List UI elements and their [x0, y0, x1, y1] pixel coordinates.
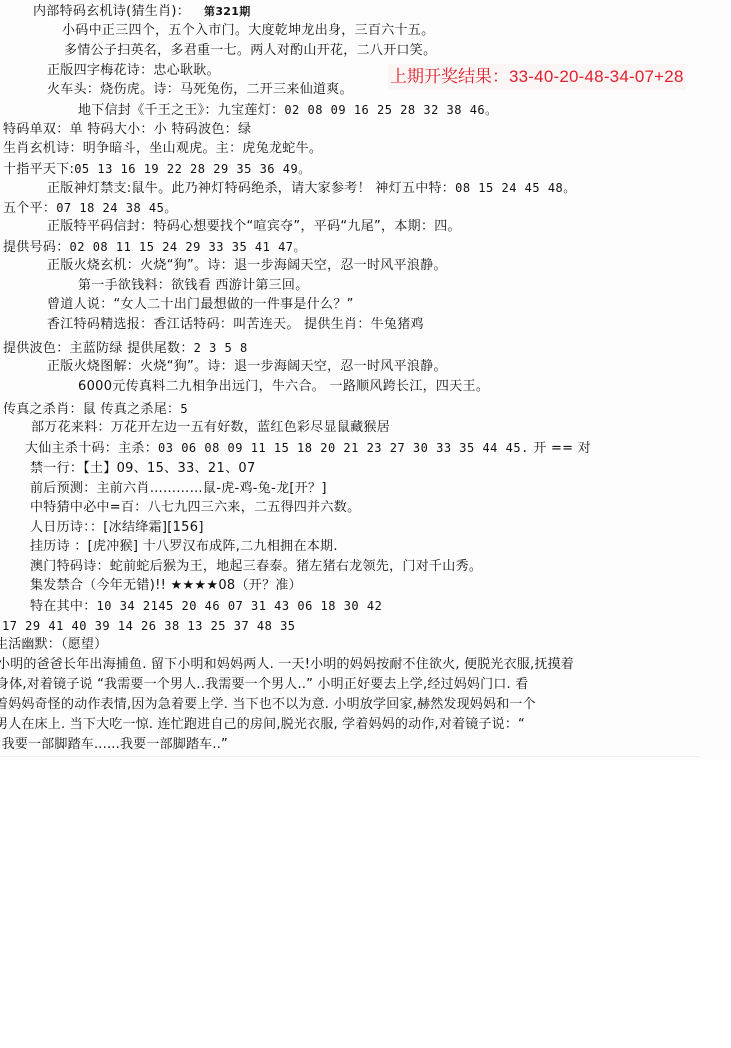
special-code-attributes-line: 特码单双：单 特码大小：小 特码波色：绿 [3, 122, 251, 140]
line-numbers: 02 08 09 16 25 28 32 38 46。 [284, 103, 497, 117]
humor-paragraph-line-5: ;我要一部脚踏车......我要一部脚踏车..” [0, 737, 228, 753]
humor-paragraph-line-2: 身体,对着镜子说 “我需要一个男人..我需要一个男人..” 小明正好要去上学,经… [0, 677, 528, 693]
zeng-daoren-line: 曾道人说：“女人二十出门最想做的一件事是什么？” [47, 297, 354, 315]
line-numbers: 08 15 24 45 48。 [455, 181, 576, 195]
poem-line-1: 小码中正三四个，五个入市门。大度乾坤龙出身，三百六十五。 [62, 23, 434, 41]
underground-envelope-line: 地下信封《千王之王》：九宝莲灯：02 08 09 16 25 28 32 38 … [78, 102, 498, 120]
humor-title: 生活幽默：（愿望） [0, 637, 107, 653]
page-title: 内部特码玄机诗(猜生肖)： [33, 4, 190, 19]
collection-line: 集发禁合（今年无错)!! ★★★★08（开？准） [30, 578, 302, 596]
last-draw-result: 上期开奖结果：33-40-20-48-34-07+28 [388, 64, 686, 90]
five-flat-line: 五个平：07 18 24 38 45。 [3, 200, 177, 218]
humor-paragraph-line-4: 男人在床上. 当下大吃一惊. 连忙跑进自己的房间,脱光衣服, 学着妈妈的动作,对… [0, 717, 525, 733]
immortal-kill-line: 大仙主杀十码：主杀：03 06 08 09 11 15 18 20 21 23 … [25, 440, 591, 458]
numbers-continuation-line: 17 29 41 40 39 14 26 38 13 25 37 48 35 [2, 618, 296, 636]
flat-code-envelope-line: 正版特平码信封：特码心想要找个“喧宾夺”，平码“九尾”，本期：四。 [47, 219, 461, 237]
line-label: 十指平天下: [3, 162, 74, 177]
issue-number: 第321期 [204, 5, 250, 18]
zodiac-poem-line: 生肖玄机诗：明争暗斗，坐山观虎。主：虎兔龙蛇牛。 [3, 141, 322, 159]
line-numbers: 5 [180, 402, 188, 416]
lottery-hint-document: 内部特码玄机诗(猜生肖)：第321期 小码中正三四个，五个入市门。大度乾坤龙出身… [0, 0, 731, 760]
flower-material-line: 部万花来料：万花开左边一五有好数，蓝红色彩尽显鼠藏猴居 [31, 420, 390, 438]
line-numbers: 2 3 5 8 [194, 341, 248, 355]
line-numbers: 05 13 16 19 22 28 29 35 36 49。 [74, 162, 311, 176]
hanging-calendar-line: 挂历诗 ：[虎冲猴] 十八罗汉布成阵,二九相拥在本期. [30, 539, 338, 557]
line-label: 大仙主杀十码：主杀： [25, 441, 158, 456]
line-label: 提供波色：主蓝防绿 提供尾数： [3, 341, 194, 356]
fax-kill-line: 传真之杀肖：鼠 传真之杀尾：5 [3, 401, 188, 419]
prediction-line: 前后预测：主前六肖…………鼠-虎-鸡-兔-龙[开？] [30, 481, 327, 499]
ten-fingers-line: 十指平天下:05 13 16 19 22 28 29 35 36 49。 [3, 161, 311, 179]
macau-poem-line: 澳门特码诗：蛇前蛇后猴为王，地起三春泰。猪左猪右龙领先，门对千山秀。 [30, 559, 482, 577]
hongkong-select-line: 香江特码精选报：香江话特码：叫苦连天。 提供生肖：牛兔猪鸡 [47, 317, 424, 335]
line-suffix: 开 == 对 [529, 441, 591, 456]
page-title-line: 内部特码玄机诗(猜生肖)：第321期 [33, 4, 251, 22]
line-label: 五个平： [3, 201, 56, 216]
guess-line: 中特猜中必中=百：八七九四三六来，二五得四并六数。 [30, 500, 360, 518]
fire-diagram-line: 正版火烧图解：火烧“狗”。诗：退一步海阔天空，忍一时风平浪静。 [47, 359, 447, 377]
line-label: 特在其中： [30, 599, 97, 614]
first-hand-line: 第一手欲钱料：欲钱看 西游计第三回。 [78, 278, 309, 296]
last-draw-label: 上期开奖结果： [390, 67, 509, 86]
bottom-divider [0, 756, 700, 757]
magic-lamp-line: 正版神灯禁支:鼠牛。此乃神灯特码绝杀，请大家参考！ 神灯五中特：08 15 24… [47, 180, 576, 198]
line-label: 地下信封《千王之王》：九宝莲灯： [78, 103, 284, 118]
humor-paragraph-line-3: 着妈妈奇怪的动作表情,因为急着要上学. 当下也不以为意. 小明放学回家,赫然发现… [0, 697, 536, 713]
train-head-line: 火车头：烧伤虎。诗：马死兔伤，二开三来仙道爽。 [47, 82, 353, 100]
line-label: 传真之杀肖：鼠 传真之杀尾： [3, 402, 180, 417]
last-draw-numbers: 33-40-20-48-34-07+28 [509, 67, 684, 86]
humor-paragraph-line-1: 小明的爸爸长年出海捕鱼. 留下小明和妈妈两人. 一天!小明的妈妈按耐不住欲火, … [0, 657, 574, 673]
line-numbers: 03 06 08 09 11 15 18 20 21 23 27 30 33 3… [158, 441, 529, 455]
fire-mystery-line: 正版火烧玄机：火烧“狗”。诗：退一步海阔天空，忍一时风平浪静。 [47, 258, 447, 276]
special-within-line: 特在其中：10 34 2145 20 46 07 31 43 06 18 30 … [30, 598, 382, 616]
line-numbers: 17 29 41 40 39 14 26 38 13 25 37 48 35 [2, 619, 296, 633]
fax-material-line: 6000元传真料二九相争出远门，牛六合。 一路顺风跨长江，四天王。 [78, 379, 489, 397]
line-numbers: 10 34 2145 20 46 07 31 43 06 18 30 42 [97, 599, 383, 613]
line-numbers: 02 08 11 15 24 29 33 35 41 47。 [70, 240, 307, 254]
line-label: 正版神灯禁支:鼠牛。此乃神灯特码绝杀，请大家参考！ 神灯五中特： [47, 181, 455, 196]
poem-line-2: 多情公子扫英名，多君重一七。两人对酌山开花，二八开口笑。 [64, 43, 436, 61]
line-numbers: 07 18 24 38 45。 [56, 201, 177, 215]
forbidden-row-line: 禁一行：【土】09、15、33、21、07 [30, 461, 256, 479]
plum-poem-line: 正版四字梅花诗：忠心耿耿。 [47, 63, 220, 81]
provided-color-line: 提供波色：主蓝防绿 提供尾数：2 3 5 8 [3, 340, 248, 358]
line-label: 提供号码： [3, 240, 70, 255]
calendar-poem-line: 人日历诗：：[冰结绛霜][156] [30, 520, 204, 538]
provided-numbers-line: 提供号码：02 08 11 15 24 29 33 35 41 47。 [3, 239, 306, 257]
